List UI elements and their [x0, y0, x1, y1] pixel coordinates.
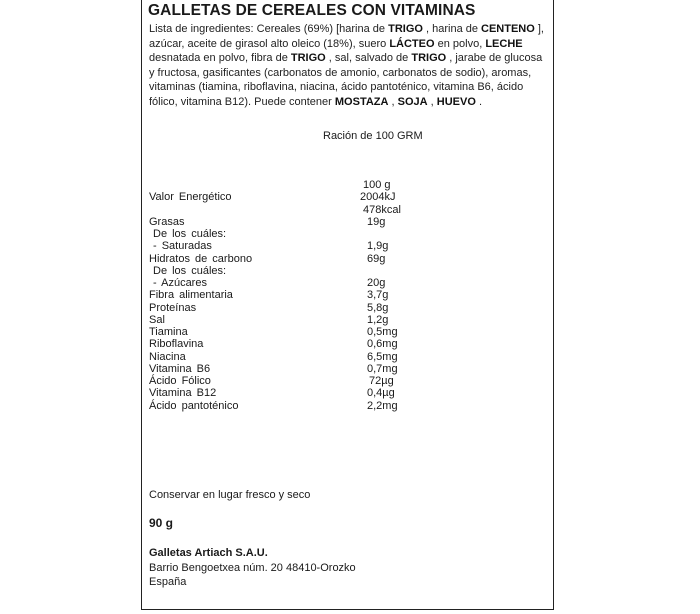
nutrition-row: Ácido pantoténico2,2mg: [149, 400, 449, 412]
company-address: Barrio Bengoetxea núm. 20 48410-Orozko: [149, 561, 356, 576]
nutrient-name: De los cuáles:: [153, 265, 226, 277]
nutrient-value: 19g: [367, 216, 385, 228]
nutrition-row: Vitamina B120,4µg: [149, 387, 449, 399]
product-title: GALLETAS DE CEREALES CON VITAMINAS: [148, 2, 475, 20]
net-weight: 90 g: [149, 516, 173, 530]
nutrition-row: Proteínas5,8g: [149, 302, 449, 314]
nutrient-name: Proteínas: [149, 302, 196, 314]
nutrition-table: 100 gValor Energético2004kJ478kcalGrasas…: [149, 179, 449, 412]
nutrition-row: Grasas19g: [149, 216, 449, 228]
nutrition-row: Ácido Fólico72µg: [149, 375, 449, 387]
nutrient-name: Hidratos de carbono: [149, 253, 252, 265]
serving-size-label: Ración de 100 GRM: [323, 130, 423, 142]
nutrition-row: De los cuáles:: [149, 265, 449, 277]
nutrient-value: 2,2mg: [367, 400, 398, 412]
nutrient-name: Niacina: [149, 351, 186, 363]
nutrient-value: 72µg: [369, 375, 394, 387]
nutrient-value: 6,5mg: [367, 351, 398, 363]
nutrient-value: 0,7mg: [367, 363, 398, 375]
nutrient-name: De los cuáles:: [153, 228, 226, 240]
ingredient-text: ,: [428, 96, 437, 108]
nutrient-name: Vitamina B6: [149, 363, 210, 375]
nutrient-name: Vitamina B12: [149, 387, 216, 399]
ingredient-text: en polvo,: [435, 38, 486, 50]
nutrition-row: Hidratos de carbono69g: [149, 253, 449, 265]
nutrient-value: 2004kJ: [360, 191, 395, 203]
nutrient-name: Grasas: [149, 216, 184, 228]
ingredient-text: desnatada en polvo, fibra de: [149, 52, 291, 64]
allergen-text: SOJA: [398, 96, 428, 108]
nutrient-name: Valor Energético: [149, 191, 232, 203]
nutrient-name: Ácido Fólico: [149, 375, 211, 387]
nutrition-row: De los cuáles:: [149, 228, 449, 240]
nutrient-name: Riboflavina: [149, 338, 203, 350]
nutrient-value: 69g: [367, 253, 385, 265]
manufacturer-info: Galletas Artiach S.A.U. Barrio Bengoetxe…: [149, 546, 356, 590]
nutrient-value: 0,4µg: [367, 387, 395, 399]
allergen-text: LÁCTEO: [389, 38, 434, 50]
nutrient-name: Fibra alimentaria: [149, 289, 233, 301]
allergen-text: TRIGO: [291, 52, 326, 64]
nutrient-value: 0,6mg: [367, 338, 398, 350]
nutrient-value: 1,9g: [367, 240, 388, 252]
nutrition-row: Valor Energético2004kJ: [149, 191, 449, 203]
nutrient-name: - Saturadas: [153, 240, 212, 252]
allergen-text: MOSTAZA: [335, 96, 389, 108]
nutrition-row: Niacina6,5mg: [149, 351, 449, 363]
allergen-text: LECHE: [485, 38, 522, 50]
nutrition-row: - Saturadas1,9g: [149, 240, 449, 252]
ingredient-text: , sal, salvado de: [326, 52, 412, 64]
ingredient-text: Lista de ingredientes: Cereales (69%) [h…: [149, 23, 388, 35]
nutrient-name: Sal: [149, 314, 165, 326]
nutrient-value: 5,8g: [367, 302, 388, 314]
allergen-text: TRIGO: [388, 23, 423, 35]
nutrient-value: 0,5mg: [367, 326, 398, 338]
nutrient-value: 3,7g: [367, 289, 388, 301]
company-name: Galletas Artiach S.A.U.: [149, 546, 356, 561]
nutrient-name: Ácido pantoténico: [149, 400, 238, 412]
nutrient-value: 20g: [367, 277, 385, 289]
allergen-text: CENTENO: [481, 23, 535, 35]
nutrient-name: Tiamina: [149, 326, 188, 338]
nutrient-value: 478kcal: [363, 204, 401, 216]
nutrition-row: - Azúcares20g: [149, 277, 449, 289]
allergen-text: TRIGO: [411, 52, 446, 64]
ingredient-text: ,: [388, 96, 397, 108]
ingredient-text: .: [476, 96, 482, 108]
nutrient-name: - Azúcares: [153, 277, 207, 289]
company-country: España: [149, 575, 356, 590]
nutrient-value: 1,2g: [367, 314, 388, 326]
nutrition-row: Vitamina B60,7mg: [149, 363, 449, 375]
nutrition-row: Fibra alimentaria3,7g: [149, 289, 449, 301]
storage-instructions: Conservar en lugar fresco y seco: [149, 489, 310, 501]
ingredient-text: , harina de: [423, 23, 481, 35]
nutrition-row: Tiamina0,5mg: [149, 326, 449, 338]
nutrient-value: 100 g: [363, 179, 391, 191]
allergen-text: HUEVO: [437, 96, 476, 108]
nutrition-row: 478kcal: [149, 204, 449, 216]
ingredients-list: Lista de ingredientes: Cereales (69%) [h…: [149, 22, 549, 109]
nutrition-row: 100 g: [149, 179, 449, 191]
nutrition-row: Riboflavina0,6mg: [149, 338, 449, 350]
nutrition-row: Sal1,2g: [149, 314, 449, 326]
